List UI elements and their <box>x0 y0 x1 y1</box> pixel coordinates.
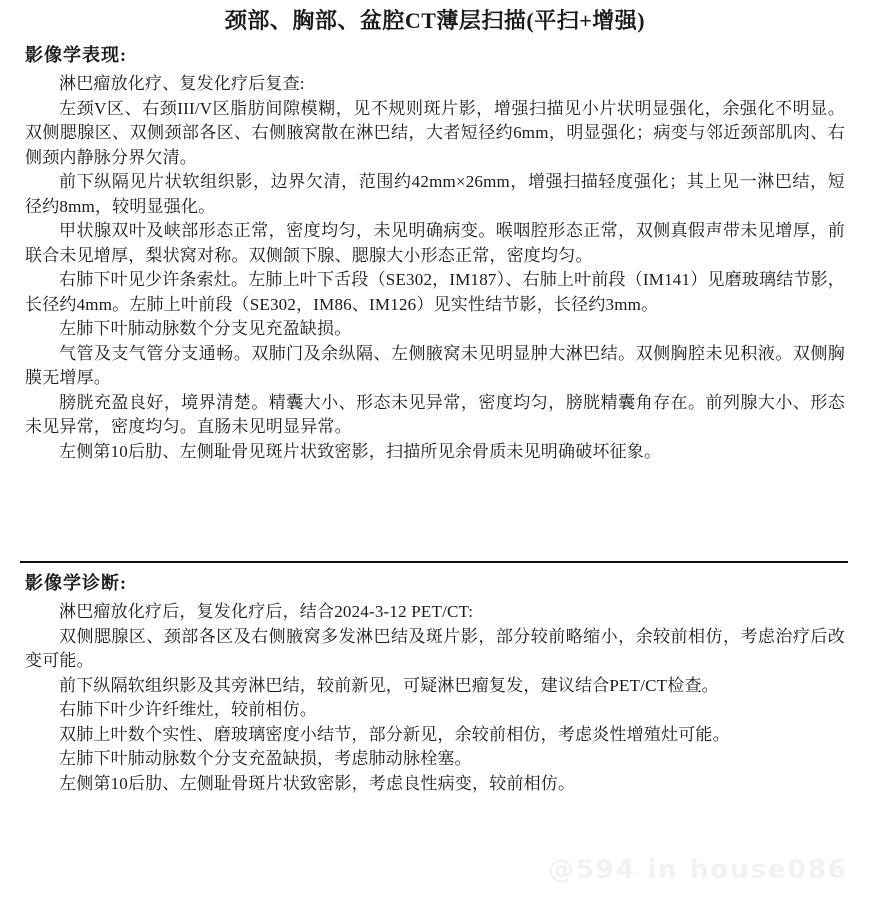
findings-paragraph: 右肺下叶见少许条索灶。左肺上叶下舌段（SE302，IM187）、右肺上叶前段（I… <box>25 268 845 317</box>
diagnosis-paragraph: 左侧第10后肋、左侧耻骨斑片状致密影，考虑良性病变，较前相仿。 <box>25 772 845 797</box>
findings-paragraph: 淋巴瘤放化疗、复发化疗后复查: <box>25 72 845 97</box>
findings-paragraph: 左颈V区、右颈III/V区脂肪间隙模糊，见不规则斑片影，增强扫描见小片状明显强化… <box>25 97 845 171</box>
findings-paragraph: 气管及支气管分支通畅。双肺门及余纵隔、左侧腋窝未见明显肿大淋巴结。双侧胸腔未见积… <box>25 342 845 391</box>
diagnosis-section: 影像学诊断: 淋巴瘤放化疗后，复发化疗后，结合2024-3-12 PET/CT:… <box>25 573 845 796</box>
findings-section: 影像学表现: 淋巴瘤放化疗、复发化疗后复查: 左颈V区、右颈III/V区脂肪间隙… <box>25 45 845 464</box>
diagnosis-paragraph: 淋巴瘤放化疗后，复发化疗后，结合2024-3-12 PET/CT: <box>25 600 845 625</box>
diagnosis-heading: 影像学诊断: <box>25 573 845 593</box>
section-divider <box>20 561 848 563</box>
diagnosis-paragraph: 前下纵隔软组织影及其旁淋巴结，较前新见，可疑淋巴瘤复发，建议结合PET/CT检查… <box>25 674 845 699</box>
findings-paragraph: 前下纵隔见片状软组织影，边界欠清，范围约42mm×26mm，增强扫描轻度强化；其… <box>25 170 845 219</box>
findings-heading: 影像学表现: <box>25 45 845 65</box>
findings-paragraph: 膀胱充盈良好，境界清楚。精囊大小、形态未见异常，密度均匀，膀胱精囊角存在。前列腺… <box>25 391 845 440</box>
report-title: 颈部、胸部、盆腔CT薄层扫描(平扫+增强) <box>25 6 845 35</box>
findings-paragraph: 左肺下叶肺动脉数个分支见充盈缺损。 <box>25 317 845 342</box>
diagnosis-paragraph: 左肺下叶肺动脉数个分支充盈缺损，考虑肺动脉栓塞。 <box>25 747 845 772</box>
diagnosis-paragraph: 双肺上叶数个实性、磨玻璃密度小结节，部分新见，余较前相仿，考虑炎性增殖灶可能。 <box>25 723 845 748</box>
diagnosis-paragraph: 双侧腮腺区、颈部各区及右侧腋窝多发淋巴结及斑片影，部分较前略缩小，余较前相仿，考… <box>25 625 845 674</box>
ct-report-page: 颈部、胸部、盆腔CT薄层扫描(平扫+增强) 影像学表现: 淋巴瘤放化疗、复发化疗… <box>0 0 870 897</box>
diagnosis-paragraph: 右肺下叶少许纤维灶，较前相仿。 <box>25 698 845 723</box>
findings-paragraph: 左侧第10后肋、左侧耻骨见斑片状致密影，扫描所见余骨质未见明确破坏征象。 <box>25 440 845 465</box>
watermark: @594 in house086 <box>548 855 848 885</box>
findings-paragraph: 甲状腺双叶及峡部形态正常，密度均匀，未见明确病变。喉咽腔形态正常，双侧真假声带未… <box>25 219 845 268</box>
